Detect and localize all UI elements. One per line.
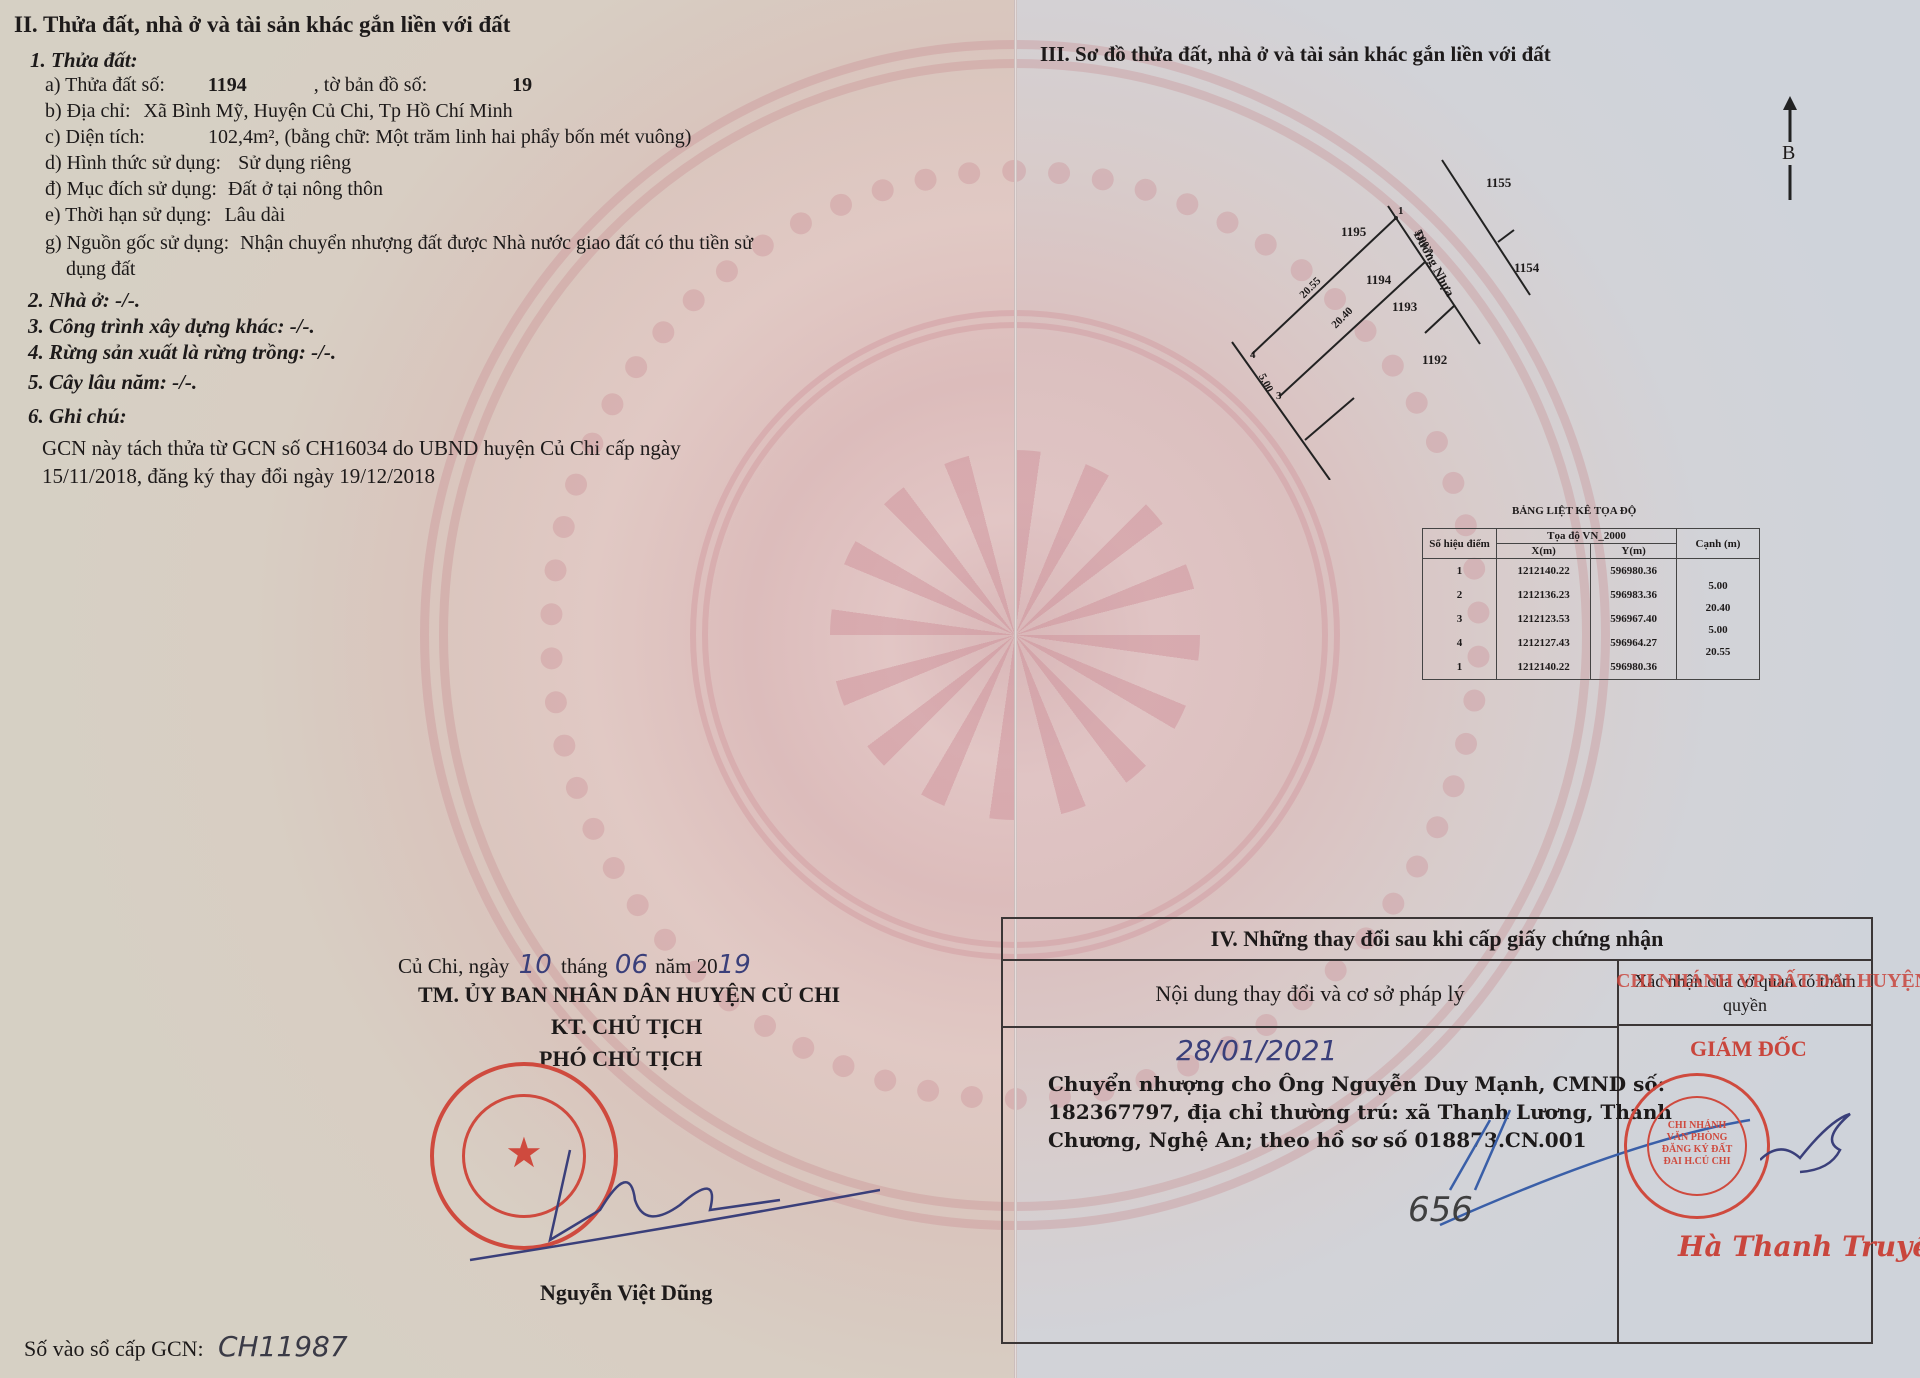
field-label: b) Địa chỉ: (45, 100, 131, 122)
header-edge: Cạnh (m) (1677, 529, 1760, 559)
parcel-label: 1155 (1486, 175, 1511, 191)
chairman-signature (460, 1100, 880, 1270)
issue-date: Củ Chi, ngày 10 tháng 06 năm 2019 (398, 950, 751, 980)
point-label: 2 (1428, 247, 1434, 259)
header-point: Số hiệu điểm (1423, 529, 1497, 559)
year-label: năm 20 (655, 954, 717, 978)
chairman-name: Nguyễn Việt Dũng (540, 1280, 712, 1306)
header-coord-group: Tọa độ VN_2000 (1497, 529, 1677, 544)
registry-number: CH11987 (218, 1330, 348, 1363)
field-value: Lâu dài (225, 204, 286, 226)
parcel-label: 1195 (1341, 224, 1366, 240)
parcel-label: 1154 (1514, 260, 1539, 276)
land-heading: 1. Thửa đất: (30, 48, 138, 73)
month-label: tháng (561, 954, 608, 978)
section-ii-title: II. Thửa đất, nhà ở và tài sản khác gắn … (14, 12, 510, 38)
issuing-org: TM. ỦY BAN NHÂN DÂN HUYỆN CỦ CHI (418, 982, 840, 1008)
field-value: Sử dụng riêng (238, 152, 351, 174)
parcel-label: 1192 (1422, 352, 1447, 368)
field-area: c) Diện tích: 102,4m², (bằng chữ: Một tr… (45, 126, 691, 149)
item-other-construction: 3. Công trình xây dựng khác: -/-. (28, 314, 315, 339)
director-name: Hà Thanh Truyền (1678, 1230, 1920, 1263)
parcel-map (1200, 150, 1800, 480)
field-usage-form: d) Hình thức sử dụng: Sử dụng riêng (45, 152, 351, 175)
field-value: Đất ở tại nông thôn (228, 178, 383, 200)
field-usage-purpose: đ) Mục đích sử dụng: Đất ở tại nông thôn (45, 178, 383, 201)
field-label: đ) Mục đích sử dụng: (45, 178, 217, 200)
field-value: Xã Bình Mỹ, Huyện Củ Chi, Tp Hồ Chí Minh (144, 100, 513, 122)
table-row: 1 1212140.22 596980.36 5.00 20.40 5.00 2… (1423, 559, 1760, 584)
edge-lengths: 5.00 20.40 5.00 20.55 (1677, 559, 1760, 680)
change-date: 28/01/2021 (1176, 1034, 1337, 1067)
office-stamp-header: CHI NHÁNH VP ĐẤT ĐAI HUYỆN CỦ CHI (1616, 970, 1920, 993)
parcel-label: 1193 (1392, 299, 1417, 315)
field-label: a) Thửa đất số: (45, 74, 165, 96)
office-seal: CHI NHÁNH VĂN PHÒNG ĐĂNG KÝ ĐẤT ĐAI H.CỦ… (1624, 1073, 1770, 1219)
item-house: 2. Nhà ở: -/-. (28, 288, 140, 313)
field-label: g) Nguồn gốc sử dụng: (45, 232, 229, 254)
section-iii-title: III. Sơ đồ thửa đất, nhà ở và tài sản kh… (1040, 42, 1551, 67)
signer-role-2: PHÓ CHỦ TỊCH (539, 1046, 702, 1072)
map-sheet-number: 19 (512, 74, 532, 96)
note-line: 15/11/2018, đăng ký thay đổi ngày 19/12/… (42, 464, 435, 489)
col-content-header: Nội dung thay đổi và cơ sở pháp lý (1003, 961, 1617, 1028)
field-label: , tờ bản đồ số: (314, 74, 427, 96)
header-x: X(m) (1497, 544, 1591, 559)
field-value: 102,4m², (bằng chữ: Một trăm linh hai ph… (208, 126, 691, 148)
item-perennial-trees: 5. Cây lâu năm: -/-. (28, 370, 197, 395)
coord-table-title: BẢNG LIỆT KÊ TỌA ĐỘ (1512, 505, 1636, 517)
field-usage-term: e) Thời hạn sử dụng: Lâu dài (45, 204, 285, 227)
handwritten-file-number: 656 (1408, 1190, 1473, 1230)
header-y: Y(m) (1591, 544, 1677, 559)
issue-day: 10 (519, 950, 552, 980)
field-origin-cont: dụng đất (66, 258, 135, 281)
notes-heading: 6. Ghi chú: (28, 404, 127, 429)
field-origin: g) Nguồn gốc sử dụng: Nhận chuyển nhượng… (45, 232, 753, 255)
point-label: 3 (1276, 390, 1282, 402)
field-parcel-number: a) Thửa đất số: 1194 , tờ bản đồ số: 19 (45, 74, 532, 97)
parcel-label-subject: 1194 (1366, 272, 1391, 288)
field-value: Nhận chuyển nhượng đất được Nhà nước gia… (240, 232, 753, 254)
point-label: 4 (1250, 349, 1256, 361)
field-label: c) Diện tích: (45, 126, 145, 148)
field-address: b) Địa chỉ: Xã Bình Mỹ, Huyện Củ Chi, Tp… (45, 100, 513, 123)
changes-title: IV. Những thay đổi sau khi cấp giấy chứn… (1003, 919, 1871, 961)
issue-month: 06 (615, 950, 648, 980)
point-label: 1 (1398, 205, 1404, 217)
note-line: GCN này tách thửa từ GCN số CH16034 do U… (42, 436, 681, 461)
coordinate-table: Số hiệu điểm Tọa độ VN_2000 Cạnh (m) X(m… (1422, 528, 1760, 680)
signer-role-1: KT. CHỦ TỊCH (551, 1014, 702, 1040)
stamp-role: GIÁM ĐỐC (1690, 1036, 1807, 1062)
item-production-forest: 4. Rừng sản xuất là rừng trồng: -/-. (28, 340, 336, 365)
date-prefix: Củ Chi, ngày (398, 954, 509, 978)
director-signature (1760, 1110, 1860, 1190)
field-label: e) Thời hạn sử dụng: (45, 204, 212, 226)
parcel-number: 1194 (208, 74, 247, 96)
field-label: d) Hình thức sử dụng: (45, 152, 221, 174)
registry-label: Số vào sổ cấp GCN: (24, 1336, 204, 1362)
issue-year: 19 (718, 950, 751, 980)
